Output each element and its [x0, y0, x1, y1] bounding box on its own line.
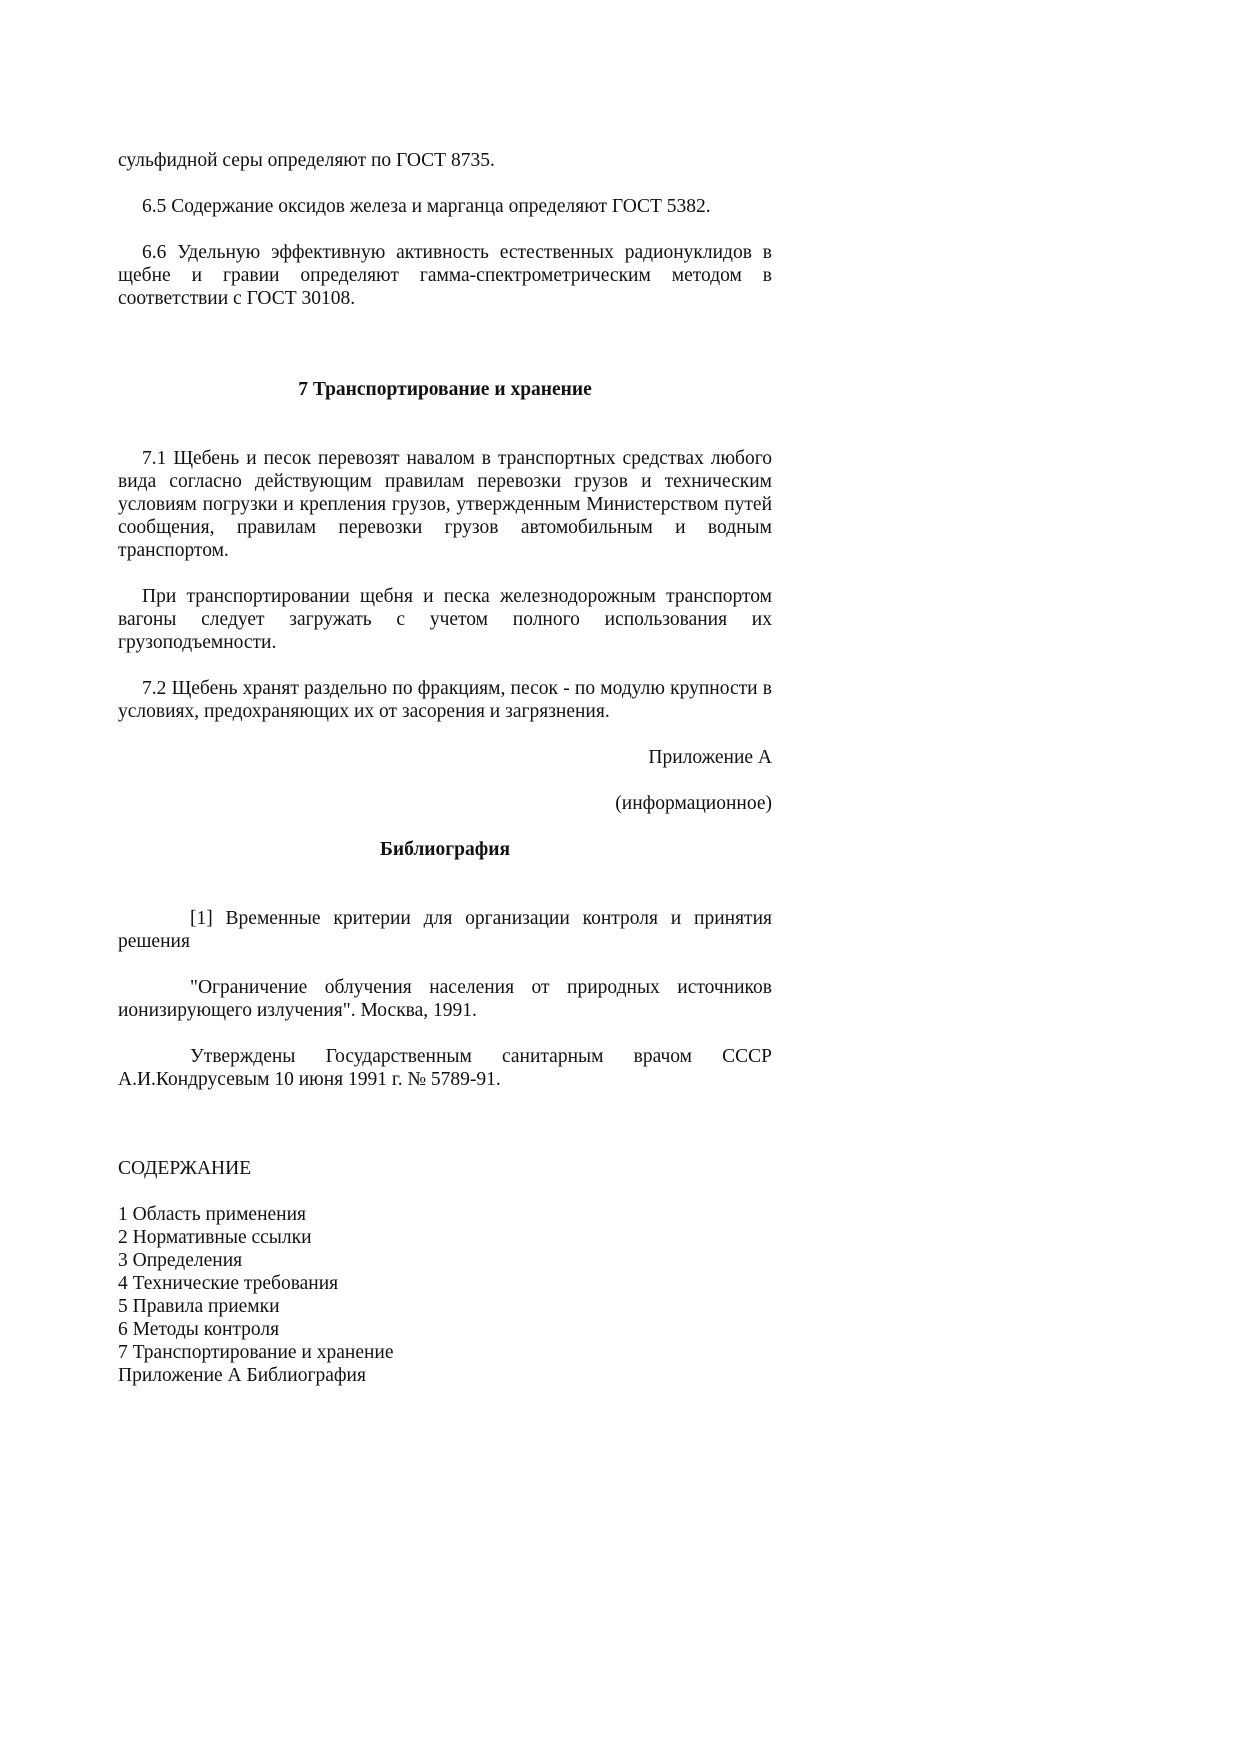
bibliography-heading: Библиография — [118, 838, 772, 861]
toc-item: 5 Правила приемки — [118, 1295, 394, 1318]
bibliography-entry-1: [1] Временные критерии для организации к… — [118, 907, 772, 953]
toc-item: 3 Определения — [118, 1249, 394, 1272]
paragraph-rail-transport: При транспортировании щебня и песка желе… — [118, 585, 772, 654]
toc-item: 1 Область применения — [118, 1203, 394, 1226]
section-heading-7: 7 Транспортирование и хранение — [118, 378, 772, 401]
toc-item: 6 Методы контроля — [118, 1318, 394, 1341]
paragraph-7-1: 7.1 Щебень и песок перевозят навалом в т… — [118, 447, 772, 562]
paragraph-sulfide-sulfur: сульфидной серы определяют по ГОСТ 8735. — [118, 149, 772, 172]
paragraph-7-2: 7.2 Щебень хранят раздельно по фракциям,… — [118, 677, 772, 723]
appendix-title: Приложение А — [118, 746, 772, 769]
appendix-type: (информационное) — [118, 792, 772, 815]
toc-item: 7 Транспортирование и хранение — [118, 1341, 394, 1364]
bibliography-entry-title: "Ограничение облучения населения от прир… — [118, 976, 772, 1022]
paragraph-6-5: 6.5 Содержание оксидов железа и марганца… — [118, 195, 772, 218]
toc-title: СОДЕРЖАНИЕ — [118, 1157, 394, 1180]
paragraph-6-6: 6.6 Удельную эффективную активность есте… — [118, 241, 772, 310]
toc-item: 4 Технические требования — [118, 1272, 394, 1295]
toc-item: 2 Нормативные ссылки — [118, 1226, 394, 1249]
bibliography-entry-approval: Утверждены Государственным санитарным вр… — [118, 1045, 772, 1091]
table-of-contents: СОДЕРЖАНИЕ 1 Область применения 2 Нормат… — [118, 1157, 394, 1387]
toc-item: Приложение А Библиография — [118, 1364, 394, 1387]
